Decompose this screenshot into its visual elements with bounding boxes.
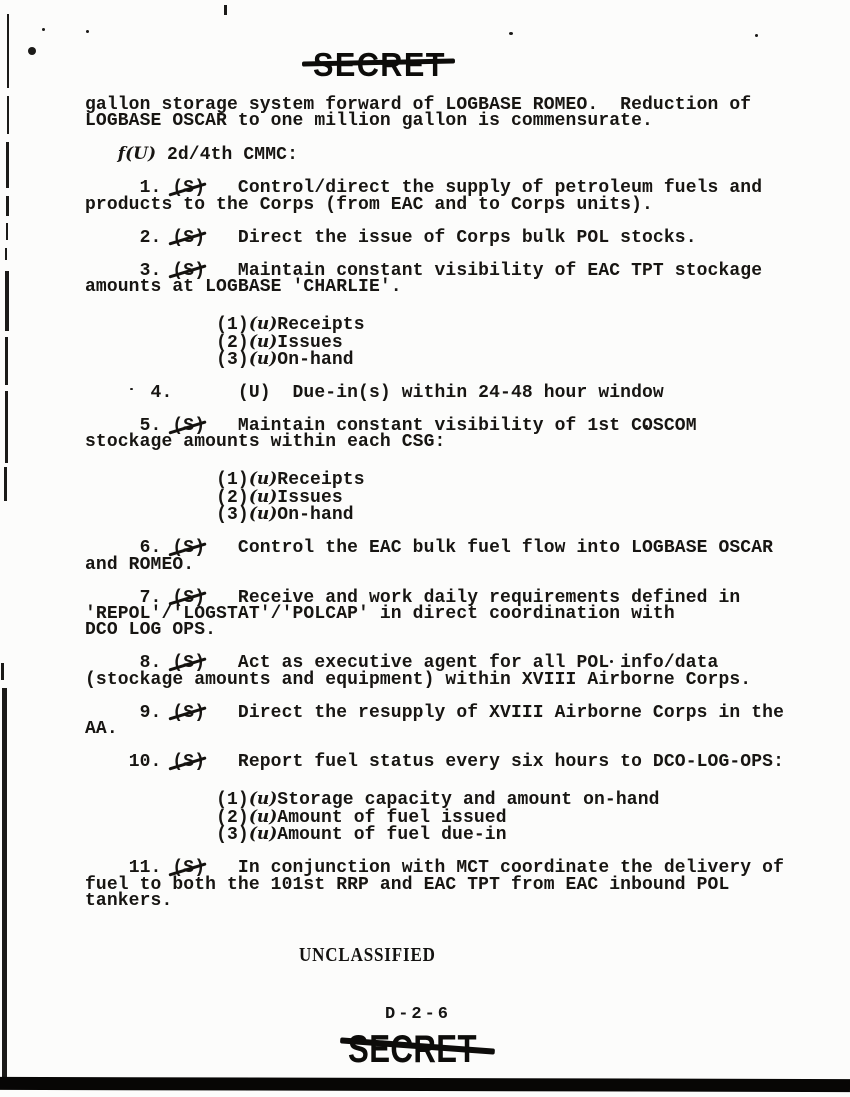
sub-item-number: (3) — [216, 505, 249, 525]
scan-artifact — [6, 142, 9, 188]
item-text: products to the Corps (from EAC and to C… — [85, 195, 653, 215]
numbered-item: 4. (U) Due-in(s) within 24-48 hour windo… — [85, 385, 805, 401]
item-number: 2. — [140, 228, 162, 248]
sub-item: (3)(U)Amount of fuel due-in — [85, 826, 805, 843]
scan-artifact — [5, 271, 9, 331]
item-continuation: stockage amounts within each CSG: — [85, 434, 805, 450]
sub-item: (1)(U)Receipts — [85, 316, 805, 333]
sub-item: (2)(U)Issues — [85, 489, 805, 506]
scan-artifact — [6, 223, 8, 240]
item-continuation: and ROMEO. — [85, 557, 805, 573]
section-heading: f(U) 2d/4th CMMC: — [85, 146, 805, 163]
classification-mark: (S) — [172, 418, 205, 434]
classification-mark: (U) — [238, 385, 271, 401]
item-text: DCO LOG OPS. — [85, 620, 216, 640]
scan-artifact — [6, 196, 9, 216]
item-continuation: tankers. — [85, 893, 805, 909]
document-body: gallon storage system forward of LOGBASE… — [85, 97, 805, 909]
item-continuation: AA. — [85, 721, 805, 737]
item-text: tankers. — [85, 891, 172, 911]
heading-text: 2d/4th CMMC: — [167, 145, 298, 165]
scan-artifact — [5, 391, 8, 463]
item-continuation: amounts at LOGBASE 'CHARLIE'. — [85, 279, 805, 295]
numbered-item: 9. (S) Direct the resupply of XVIII Airb… — [85, 705, 805, 721]
scan-artifact — [5, 337, 8, 385]
scan-speck — [28, 47, 36, 55]
item-text: AA. — [85, 719, 118, 739]
sub-item-text: On-hand — [277, 350, 353, 370]
sub-item-text: On-hand — [277, 505, 353, 525]
item-text: Report fuel status every six hours to DC… — [238, 752, 784, 772]
footer-classification: UNCLASSIFIED — [299, 944, 436, 967]
sub-item-number: (3) — [216, 825, 249, 845]
numbered-item: 6. (S) Control the EAC bulk fuel flow in… — [85, 540, 805, 556]
document-page: SECRET gallon storage system forward of … — [0, 0, 850, 1097]
intro-line: LOGBASE OSCAR to one million gallon is c… — [85, 113, 805, 129]
classification-mark: (S) — [172, 705, 205, 721]
classification-mark: (S) — [172, 590, 205, 606]
item-continuation: DCO LOG OPS. — [85, 622, 805, 638]
classification-mark: (U) — [125, 144, 156, 164]
sub-item: (3)(U)On-hand — [85, 351, 805, 368]
sub-item: (3)(U)On-hand — [85, 506, 805, 523]
scan-artifact — [1, 663, 4, 680]
scan-speck — [224, 5, 227, 15]
item-number: 4. — [151, 383, 173, 403]
scanner-edge-bar — [0, 1077, 850, 1092]
scan-artifact — [7, 96, 9, 134]
sub-item-number: (3) — [216, 350, 249, 370]
item-number: 9. — [140, 703, 162, 723]
classification-mark: (S) — [172, 230, 205, 246]
item-continuation: fuel to both the 101st RRP and EAC TPT f… — [85, 877, 805, 893]
sub-item: (2)(U)Amount of fuel issued — [85, 809, 805, 826]
scan-speck — [42, 28, 45, 31]
classification-mark: (S) — [172, 180, 205, 196]
scan-speck — [755, 34, 758, 37]
paragraph-text: LOGBASE OSCAR to one million gallon is c… — [85, 111, 653, 131]
item-text: stockage amounts within each CSG: — [85, 432, 445, 452]
classification-mark: (S) — [172, 860, 205, 876]
scan-speck — [610, 660, 613, 663]
numbered-item: 10. (S) Report fuel status every six hou… — [85, 754, 805, 770]
scan-speck — [645, 425, 648, 428]
item-continuation: products to the Corps (from EAC and to C… — [85, 197, 805, 213]
sub-item: (1)(U)Storage capacity and amount on-han… — [85, 791, 805, 808]
item-text: Direct the resupply of XVIII Airborne Co… — [238, 703, 784, 723]
scan-artifact — [4, 467, 7, 501]
classification-mark: (S) — [172, 540, 205, 556]
classification-mark: (U) — [249, 824, 277, 844]
heading-label: f — [118, 144, 125, 164]
scan-speck — [130, 388, 133, 390]
classification-mark: (S) — [172, 655, 205, 671]
classification-mark: (U) — [249, 504, 277, 524]
numbered-item: 2. (S) Direct the issue of Corps bulk PO… — [85, 230, 805, 246]
classification-mark: (U) — [249, 349, 277, 369]
item-continuation: (stockage amounts and equipment) within … — [85, 672, 805, 688]
item-number: 10. — [129, 752, 162, 772]
item-text: amounts at LOGBASE 'CHARLIE'. — [85, 277, 402, 297]
classification-mark: (S) — [172, 754, 205, 770]
page-number: D-2-6 — [385, 1006, 451, 1023]
scan-artifact — [7, 14, 9, 88]
scan-artifact — [5, 248, 7, 260]
item-text: Control the EAC bulk fuel flow into LOGB… — [238, 538, 773, 558]
item-text: Direct the issue of Corps bulk POL stock… — [238, 228, 697, 248]
scan-artifact — [2, 688, 7, 1080]
scan-speck — [86, 30, 89, 33]
scan-speck — [509, 32, 513, 35]
sub-item: (1)(U)Receipts — [85, 471, 805, 488]
classification-mark: (S) — [172, 263, 205, 279]
sub-item: (2)(U)Issues — [85, 334, 805, 351]
sub-item-text: Amount of fuel due-in — [277, 825, 506, 845]
item-text: Due-in(s) within 24-48 hour window — [293, 383, 664, 403]
numbered-item: 3. (S) Maintain constant visibility of E… — [85, 263, 805, 279]
